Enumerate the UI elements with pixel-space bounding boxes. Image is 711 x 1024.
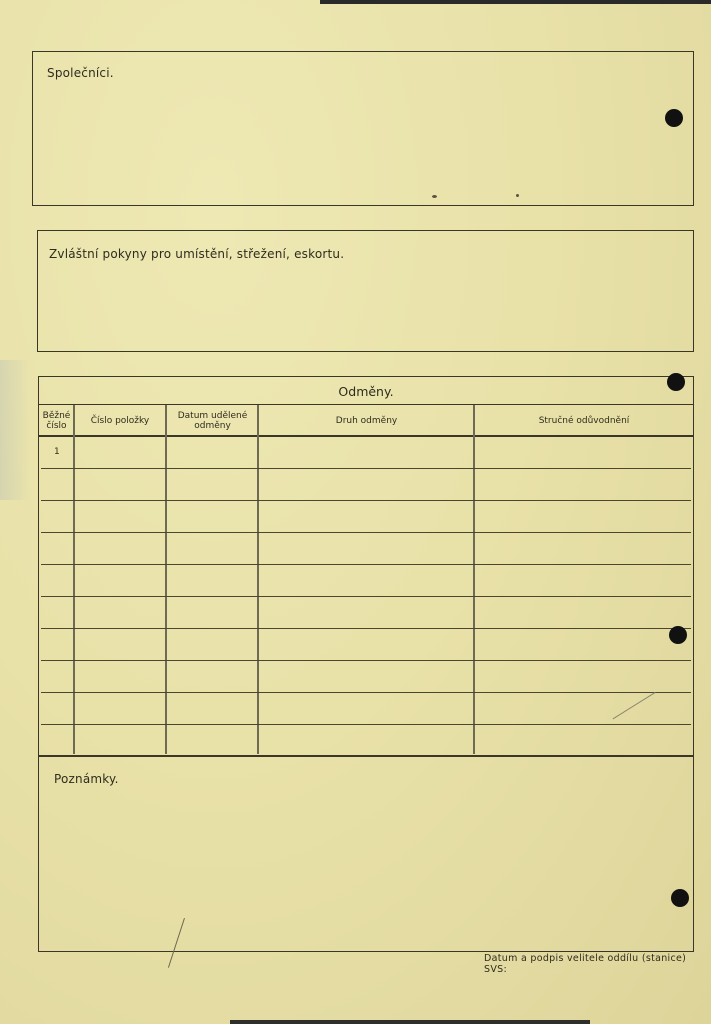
scan-bottom-edge (230, 1020, 590, 1024)
header-top-line (39, 404, 693, 405)
column-divider (165, 405, 167, 754)
column-divider (473, 405, 475, 754)
punch-hole (669, 626, 687, 644)
column-header-druh-odmeny: Druh odměny (259, 406, 474, 435)
scan-top-edge (320, 0, 711, 4)
punch-hole (671, 889, 689, 907)
section-spolecnici: Společníci. (32, 51, 694, 206)
column-header-datum: Datum udělené odměny (167, 406, 258, 435)
column-divider (73, 405, 75, 754)
header-bottom-line (39, 435, 693, 437)
column-divider (257, 405, 259, 754)
row-line (41, 468, 691, 469)
signature-line-label: Datum a podpis velitele oddílu (stanice)… (484, 953, 711, 975)
row-line (41, 628, 691, 629)
column-header-bezne-cislo: Běžné číslo (40, 406, 73, 435)
ink-speck (432, 195, 437, 198)
column-header-strucne-oduvodneni: Stručné odůvodnění (476, 406, 692, 435)
row-number: 1 (54, 447, 60, 457)
row-line (41, 564, 691, 565)
table-bottom-line (39, 755, 693, 757)
row-line (41, 500, 691, 501)
row-line (41, 660, 691, 661)
section-poznamky-label: Poznámky. (54, 772, 119, 786)
section-spolecnici-label: Společníci. (47, 66, 114, 80)
punch-hole (665, 109, 683, 127)
section-odmeny: Odměny. Běžné číslo Číslo položky Datum … (38, 376, 694, 952)
ink-speck (516, 194, 519, 197)
row-line (41, 532, 691, 533)
section-pokyny: Zvláštní pokyny pro umístění, střežení, … (37, 230, 694, 352)
column-header-cislo-polozky: Číslo položky (75, 406, 165, 435)
odmeny-title: Odměny. (39, 384, 693, 399)
section-pokyny-label: Zvláštní pokyny pro umístění, střežení, … (49, 247, 344, 261)
row-line (41, 692, 691, 693)
row-line (41, 724, 691, 725)
paper-stain (0, 360, 30, 500)
punch-hole (667, 373, 685, 391)
row-line (41, 596, 691, 597)
